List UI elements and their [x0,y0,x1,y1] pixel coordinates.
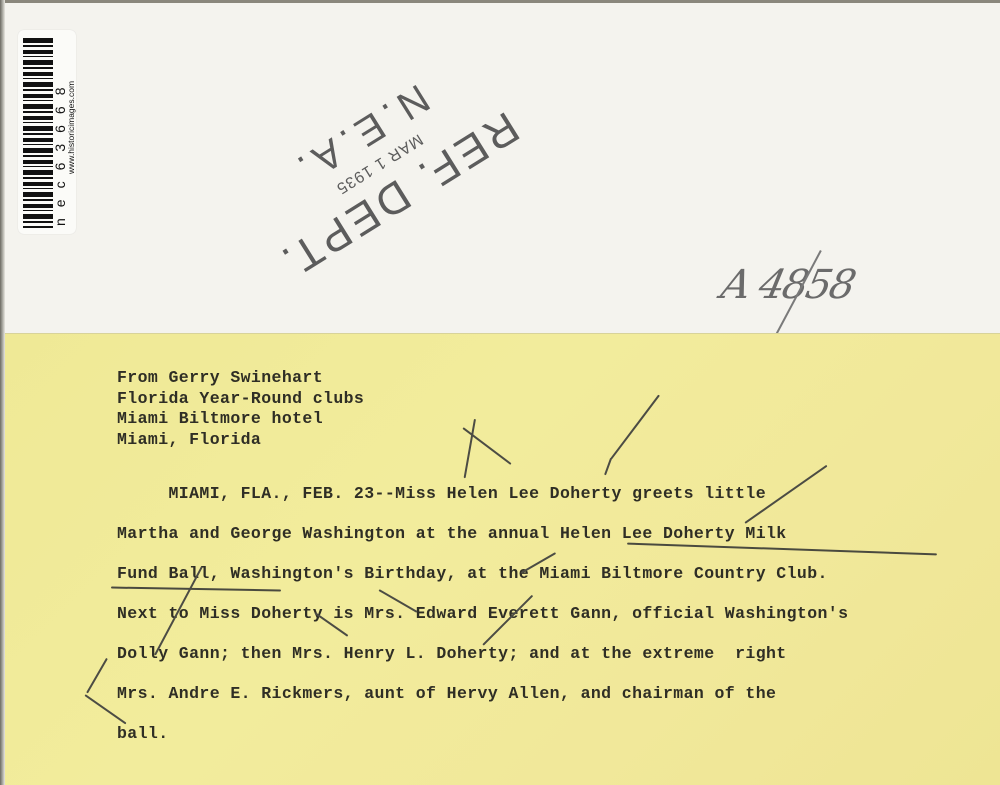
pencil-underline [627,543,937,556]
caption-body-line: Next to Miss Doherty is Mrs. Edward Ever… [117,604,848,623]
caption-sheet: From Gerry SwinehartFlorida Year-Round c… [5,333,1000,785]
caption-body-line: MIAMI, FLA., FEB. 23--Miss Helen Lee Doh… [117,484,766,503]
from-line: Miami Biltmore hotel [117,409,364,430]
from-line: Miami, Florida [117,430,364,451]
caption-body-line: ball. [117,724,169,743]
pencil-underline [111,587,281,592]
barcode-icon [23,38,53,228]
caption-body-line: Dolly Gann; then Mrs. Henry L. Doherty; … [117,644,787,663]
from-line: Florida Year-Round clubs [117,389,364,410]
caption-body-line: Mrs. Andre E. Rickmers, aunt of Hervy Al… [117,684,776,703]
check-mark-icon [610,395,660,460]
from-line: From Gerry Swinehart [117,368,364,389]
photo-back-paper: nec63668 www.historicimages.com REF. DEP… [0,0,1000,785]
pencil-loop-icon [86,658,108,694]
handwritten-reference-number: A 4858 [717,262,858,308]
paper-top-edge [0,0,1000,3]
check-mark-icon [604,458,612,476]
caption-body-line: Martha and George Washington at the annu… [117,524,787,543]
from-block: From Gerry SwinehartFlorida Year-Round c… [117,368,364,450]
barcode-site: www.historicimages.com [66,81,76,174]
barcode-label: nec63668 www.historicimages.com [18,30,76,234]
caption-body-line: Fund Ball, Washington's Birthday, at the… [117,564,828,583]
ref-dept-stamp: REF. DEPT. MAR 1 1935 N.E.A. [230,45,530,285]
